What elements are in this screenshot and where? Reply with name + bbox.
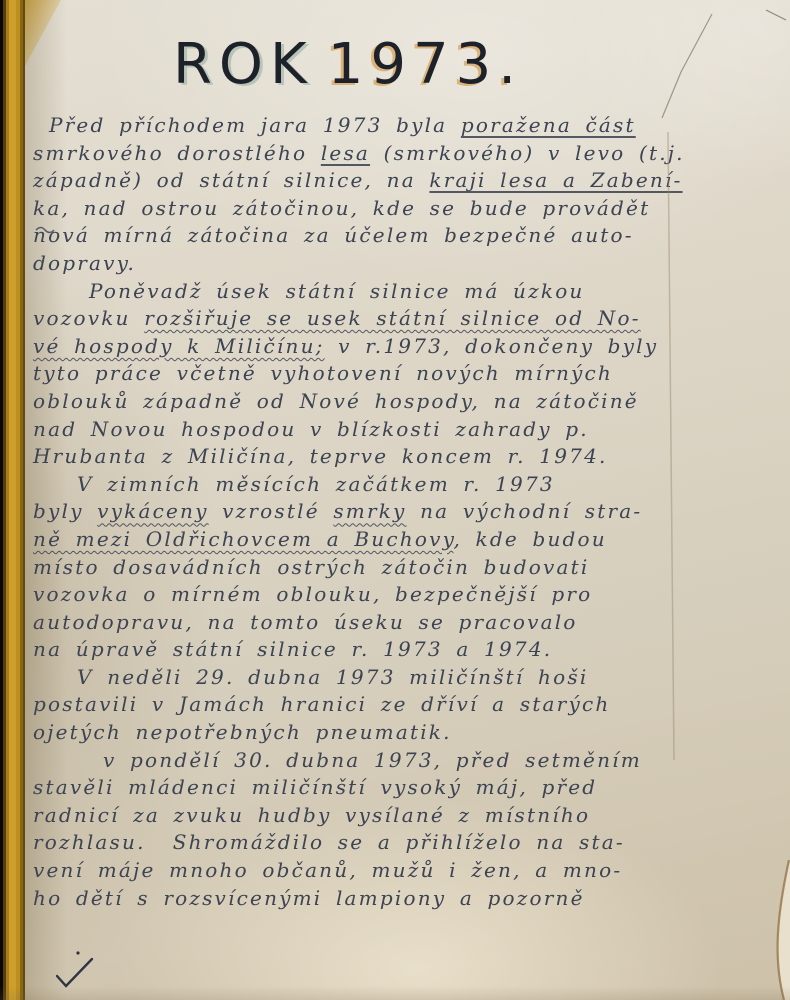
text-segment: rozšiřuje se usek státní silnice od No- [144, 306, 640, 330]
text-line: smrkového dorostlého lesa (smrkového) v … [33, 140, 733, 168]
chronicle-page: ROK1973. Před příchodem jara 1973 byla p… [0, 0, 790, 1000]
text-line: radnicí za zvuku hudby vysílané z místní… [33, 802, 733, 830]
title-word-rok: ROK [173, 32, 314, 97]
text-line: Před příchodem jara 1973 byla poražena č… [33, 112, 733, 140]
text-segment: postavili v Jamách hranici ze dříví a st… [33, 692, 610, 716]
text-segment: Hrubanta z Miličína, teprve koncem r. 19… [33, 444, 608, 468]
text-segment: ho dětí s rozsvícenými lampiony a pozorn… [33, 886, 585, 910]
text-line: nová mírná zátočina za účelem bezpečné a… [33, 222, 733, 250]
text-segment: Před příchodem jara 1973 byla [49, 113, 461, 137]
text-segment: Poněvadž úsek státní silnice má úzkou [89, 279, 585, 303]
text-segment: vení máje mnoho občanů, mužů i žen, a mn… [33, 858, 622, 882]
text-segment: dopravy. [33, 251, 136, 275]
title-year: 1973. [328, 32, 523, 97]
text-segment: na východní stra- [407, 499, 643, 523]
text-line: ojetých nepotřebných pneumatik. [33, 719, 733, 747]
text-line: vozovka o mírném oblouku, bezpečnější pr… [33, 581, 733, 609]
text-segment: rozhlasu. Shromáždilo se a přihlíželo na… [33, 830, 625, 854]
text-segment: V zimních měsících začátkem r. 1973 [77, 472, 555, 496]
text-segment: v r.1973, dokončeny byly [325, 334, 659, 358]
text-line: vení máje mnoho občanů, mužů i žen, a mn… [33, 857, 733, 885]
text-segment: oblouků západně od Nové hospody, na záto… [33, 389, 639, 413]
text-line: na úpravě státní silnice r. 1973 a 1974. [33, 636, 733, 664]
text-segment: nad Novou hospodou v blízkosti zahrady p… [33, 417, 589, 441]
text-segment: kraji lesa a Zabení- [429, 168, 682, 192]
text-line: autodopravu, na tomto úseku se pracovalo [33, 609, 733, 637]
text-segment: vzrostlé [209, 499, 334, 523]
text-segment: ně mezi Oldřichovcem a Buchovy [33, 527, 453, 551]
text-segment: , kde budou [453, 527, 606, 551]
text-line: V neděli 29. dubna 1973 miličínští hoši [33, 664, 733, 692]
text-line: západně) od státní silnice, na kraji les… [33, 167, 733, 195]
page-curl-edge [778, 860, 789, 1000]
text-line: Poněvadž úsek státní silnice má úzkou [33, 278, 733, 306]
text-segment: lesa [321, 141, 370, 165]
text-line: vozovku rozšiřuje se usek státní silnice… [33, 305, 733, 333]
corner-scratch [766, 10, 786, 20]
text-line: nad Novou hospodou v blízkosti zahrady p… [33, 416, 733, 444]
page-curl-fill [778, 860, 790, 1000]
text-segment: ka, nad ostrou zátočinou, kde se bude pr… [33, 196, 650, 220]
book-binding-edge [0, 0, 25, 1000]
text-line: rozhlasu. Shromáždilo se a přihlíželo na… [33, 829, 733, 857]
text-line: v pondělí 30. dubna 1973, před setměním [33, 747, 733, 775]
text-line: místo dosavádních ostrých zátočin budova… [33, 554, 733, 582]
text-line: ho dětí s rozsvícenými lampiony a pozorn… [33, 885, 733, 913]
text-segment: vykáceny [97, 499, 208, 523]
text-segment: autodopravu, na tomto úseku se pracovalo [33, 610, 578, 634]
text-line: Hrubanta z Miličína, teprve koncem r. 19… [33, 443, 733, 471]
text-line: ně mezi Oldřichovcem a Buchovy, kde budo… [33, 526, 733, 554]
text-segment: vozovka o mírném oblouku, bezpečnější pr… [33, 582, 592, 606]
text-segment: nová mírná zátočina za účelem bezpečné a… [33, 223, 634, 247]
text-segment: ojetých nepotřebných pneumatik. [33, 720, 452, 744]
text-segment: tyto práce včetně vyhotovení nových mírn… [33, 361, 613, 385]
text-line: postavili v Jamách hranici ze dříví a st… [33, 691, 733, 719]
text-segment: smrky [333, 499, 406, 523]
manuscript-text: Před příchodem jara 1973 byla poražena č… [33, 112, 733, 912]
text-segment: radnicí za zvuku hudby vysílané z místní… [33, 803, 590, 827]
text-segment: místo dosavádních ostrých zátočin budova… [33, 555, 589, 579]
text-line: oblouků západně od Nové hospody, na záto… [33, 388, 733, 416]
text-line: tyto práce včetně vyhotovení nových mírn… [33, 360, 733, 388]
text-line: ka, nad ostrou zátočinou, kde se bude pr… [33, 195, 733, 223]
text-line: vé hospody k Miličínu; v r.1973, dokonče… [33, 333, 733, 361]
text-segment: na úpravě státní silnice r. 1973 a 1974. [33, 637, 552, 661]
text-segment: vé hospody k Miličínu; [33, 334, 325, 358]
text-segment: stavěli mládenci miličínští vysoký máj, … [33, 775, 597, 799]
page-title: ROK1973. [148, 32, 548, 97]
text-segment: V neděli 29. dubna 1973 miličínští hoši [77, 665, 588, 689]
bottom-edge-shadow [0, 986, 790, 1000]
text-line: V zimních měsících začátkem r. 1973 [33, 471, 733, 499]
text-segment: poražena část [461, 113, 636, 137]
text-segment: byly [33, 499, 97, 523]
text-segment: vozovku [33, 306, 144, 330]
text-segment: (smrkového) v levo (t.j. [370, 141, 685, 165]
text-segment: smrkového dorostlého [33, 141, 321, 165]
text-segment: v pondělí 30. dubna 1973, před setměním [103, 748, 642, 772]
text-line: byly vykáceny vzrostlé smrky na východní… [33, 498, 733, 526]
text-line: stavěli mládenci miličínští vysoký máj, … [33, 774, 733, 802]
text-line: dopravy. [33, 250, 733, 278]
text-segment: západně) od státní silnice, na [33, 168, 429, 192]
scratch-line [662, 14, 712, 118]
